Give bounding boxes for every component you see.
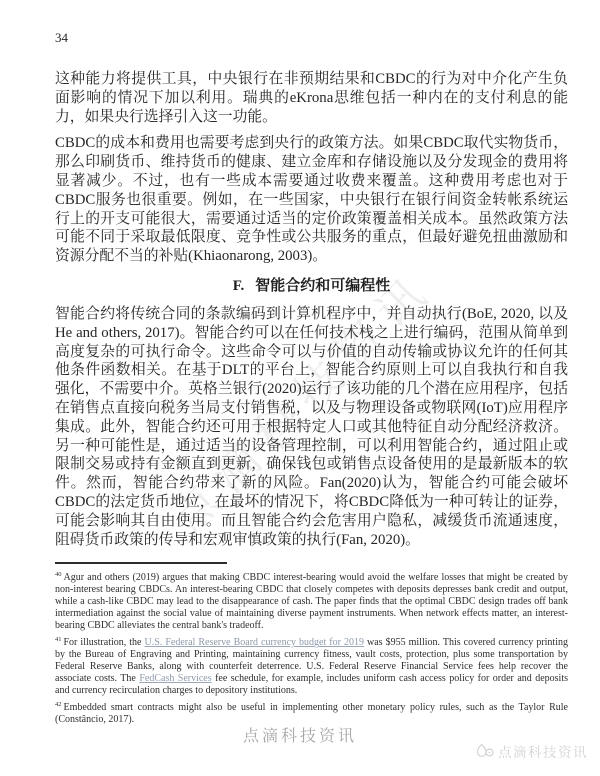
page-number: 34 [55,30,68,46]
footer-corner-watermark: 点滴科技资讯 [475,741,588,761]
footnote-40: 40Agur and others (2019) argues that mak… [55,572,568,631]
body-paragraph-2: CBDC的成本和费用也需要考虑到央行的政策方法。如果CBDC取代实物货币，那么印… [55,134,568,266]
footnote-40-text: Agur and others (2019) argues that makin… [55,572,568,630]
footnote-41: 41For illustration, the U.S. Federal Res… [55,637,568,696]
section-heading: F.智能合约和可编程性 [55,274,568,295]
footnote-41-marker: 41 [55,636,62,643]
footnote-separator-rule [55,562,227,564]
section-title: 智能合约和可编程性 [255,278,390,294]
fedcash-services-link[interactable]: FedCash Services [139,673,211,684]
footnote-41-text-1: For illustration, the [64,637,145,648]
fed-currency-budget-link[interactable]: U.S. Federal Reserve Board currency budg… [145,637,364,648]
body-paragraph-1: 这种能力将提供工具，中央银行在非预期结果和CBDC的行为对中介化产生负面影响的情… [55,70,568,126]
droplet-logo-icon [475,743,495,759]
document-page: 34 点滴科技资讯 这种能力将提供工具，中央银行在非预期结果和CBDC的行为对中… [0,0,600,776]
section-letter: F. [233,278,245,294]
corner-watermark-text: 点滴科技资讯 [498,741,588,761]
footnote-42-text: Embedded smart contracts might also be u… [55,702,568,725]
footnote-40-marker: 40 [55,571,62,578]
footnote-42-marker: 42 [55,701,62,708]
body-paragraph-3: 智能合约将传统合同的条款编码到计算机程序中，并自动执行(BoE, 2020, 以… [55,305,568,549]
page-content: 这种能力将提供工具，中央银行在非预期结果和CBDC的行为对中介化产生负面影响的情… [55,70,568,732]
